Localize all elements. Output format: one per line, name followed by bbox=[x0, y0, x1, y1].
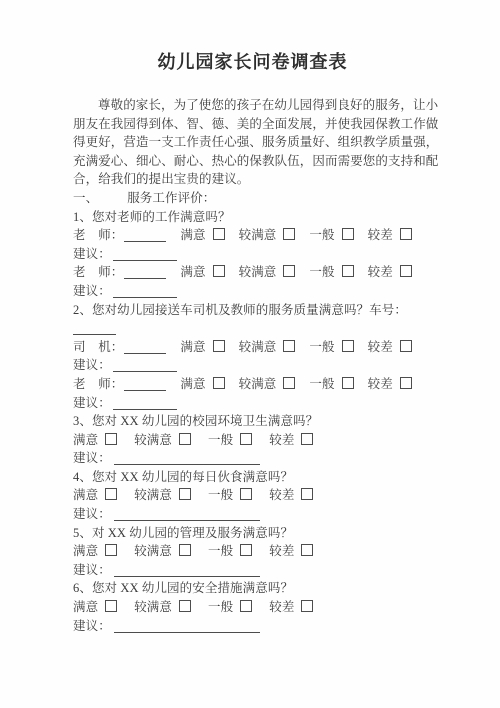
checkbox-satisfied[interactable] bbox=[213, 265, 225, 277]
question-6: 6、您对 XX 幼儿园的安全措施满意吗？ bbox=[73, 579, 432, 598]
subject-row: 老 师：满意较满意一般较差 bbox=[73, 263, 432, 282]
section-title: 服务工作评价： bbox=[127, 191, 215, 205]
question-text: 对 XX 幼儿园的管理及服务满意吗？ bbox=[92, 526, 293, 540]
question-2: 2、您对幼儿园接送车司机及教师的服务质量满意吗？车号： bbox=[73, 301, 432, 320]
subject-row: 司 机：满意较满意一般较差 bbox=[73, 338, 432, 357]
checkbox-poor[interactable] bbox=[400, 377, 412, 389]
option-average: 一般 bbox=[208, 486, 252, 505]
option-fairly-satisfied: 较满意 bbox=[239, 338, 296, 357]
option-label-fairly-satisfied: 较满意 bbox=[239, 340, 277, 354]
option-label-fairly-satisfied: 较满意 bbox=[134, 488, 172, 502]
options-row: 满意较满意一般较差 bbox=[73, 486, 432, 505]
question-4: 4、您对 XX 幼儿园的每日伙食满意吗？ bbox=[73, 468, 432, 487]
suggestion-row: 建议： bbox=[73, 282, 432, 301]
checkbox-average[interactable] bbox=[240, 600, 252, 612]
suggestion-row: 建议： bbox=[73, 561, 432, 580]
checkbox-poor[interactable] bbox=[301, 488, 313, 500]
option-fairly-satisfied: 较满意 bbox=[134, 486, 191, 505]
question-5: 5、对 XX 幼儿园的管理及服务满意吗？ bbox=[73, 524, 432, 543]
subject-label: 司 机： bbox=[73, 340, 123, 354]
suggestion-blank[interactable] bbox=[113, 359, 177, 372]
option-label-poor: 较差 bbox=[269, 433, 294, 447]
option-average: 一般 bbox=[208, 431, 252, 450]
question-number: 4、 bbox=[73, 470, 92, 484]
options-row: 满意较满意一般较差 bbox=[73, 431, 432, 450]
option-label-satisfied: 满意 bbox=[73, 544, 98, 558]
option-label-satisfied: 满意 bbox=[180, 265, 205, 279]
option-label-satisfied: 满意 bbox=[180, 377, 205, 391]
suggestion-label: 建议： bbox=[73, 396, 111, 410]
option-label-average: 一般 bbox=[208, 488, 233, 502]
option-satisfied: 满意 bbox=[73, 431, 117, 450]
questionnaire-page: 幼儿园家长问卷调查表 尊敬的家长，为了使您的孩子在幼儿园得到良好的服务，让小 朋… bbox=[0, 0, 500, 708]
suggestion-blank[interactable] bbox=[114, 620, 260, 633]
checkbox-fairly-satisfied[interactable] bbox=[179, 488, 191, 500]
option-fairly-satisfied: 较满意 bbox=[239, 226, 296, 245]
options-row: 满意较满意一般较差 bbox=[73, 598, 432, 617]
checkbox-poor[interactable] bbox=[400, 340, 412, 352]
suggestion-label: 建议： bbox=[73, 247, 111, 261]
option-label-average: 一般 bbox=[208, 600, 233, 614]
option-satisfied: 满意 bbox=[73, 486, 117, 505]
option-label-satisfied: 满意 bbox=[73, 488, 98, 502]
subject-name-blank[interactable] bbox=[124, 229, 166, 242]
checkbox-fairly-satisfied[interactable] bbox=[179, 433, 191, 445]
option-label-average: 一般 bbox=[309, 265, 334, 279]
option-average: 一般 bbox=[309, 338, 353, 357]
suggestion-label: 建议： bbox=[73, 507, 111, 521]
option-poor: 较差 bbox=[269, 486, 313, 505]
checkbox-satisfied[interactable] bbox=[105, 433, 117, 445]
subject-name-blank[interactable] bbox=[124, 266, 166, 279]
suggestion-label: 建议： bbox=[73, 451, 111, 465]
intro-line: 尊敬的家长，为了使您的孩子在幼儿园得到良好的服务，让小 bbox=[73, 96, 432, 115]
option-label-satisfied: 满意 bbox=[180, 228, 205, 242]
checkbox-satisfied[interactable] bbox=[213, 340, 225, 352]
option-poor: 较差 bbox=[368, 338, 412, 357]
checkbox-satisfied[interactable] bbox=[213, 377, 225, 389]
suggestion-row: 建议： bbox=[73, 505, 432, 524]
option-fairly-satisfied: 较满意 bbox=[239, 375, 296, 394]
suggestion-blank[interactable] bbox=[114, 508, 260, 521]
subject-name-blank[interactable] bbox=[124, 341, 166, 354]
option-label-poor: 较差 bbox=[368, 340, 393, 354]
document-content: 幼儿园家长问卷调查表 尊敬的家长，为了使您的孩子在幼儿园得到良好的服务，让小 朋… bbox=[0, 0, 500, 635]
subject-label: 老 师： bbox=[73, 377, 123, 391]
checkbox-average[interactable] bbox=[240, 544, 252, 556]
suggestion-label: 建议： bbox=[73, 619, 111, 633]
question-text: 您对幼儿园接送车司机及教师的服务质量满意吗？车号： bbox=[92, 303, 407, 317]
car-number-line bbox=[73, 319, 432, 338]
option-label-poor: 较差 bbox=[368, 265, 393, 279]
subject-name-blank[interactable] bbox=[124, 378, 166, 391]
option-label-satisfied: 满意 bbox=[180, 340, 205, 354]
question-text: 您对 XX 幼儿园的校园环境卫生满意吗？ bbox=[92, 414, 318, 428]
checkbox-fairly-satisfied[interactable] bbox=[283, 377, 295, 389]
checkbox-average[interactable] bbox=[342, 228, 354, 240]
suggestion-row: 建议： bbox=[73, 617, 432, 636]
question-number: 3、 bbox=[73, 414, 92, 428]
option-average: 一般 bbox=[208, 598, 252, 617]
option-label-fairly-satisfied: 较满意 bbox=[239, 265, 277, 279]
option-poor: 较差 bbox=[368, 226, 412, 245]
option-average: 一般 bbox=[208, 542, 252, 561]
suggestion-row: 建议： bbox=[73, 245, 432, 264]
option-poor: 较差 bbox=[368, 375, 412, 394]
option-label-average: 一般 bbox=[309, 377, 334, 391]
suggestion-blank[interactable] bbox=[113, 248, 177, 261]
option-average: 一般 bbox=[309, 226, 353, 245]
option-label-poor: 较差 bbox=[269, 488, 294, 502]
option-label-poor: 较差 bbox=[368, 377, 393, 391]
option-poor: 较差 bbox=[269, 598, 313, 617]
checkbox-average[interactable] bbox=[342, 377, 354, 389]
option-label-fairly-satisfied: 较满意 bbox=[239, 377, 277, 391]
option-label-poor: 较差 bbox=[368, 228, 393, 242]
intro-line: 充满爱心、细心、耐心、热心的保教队伍，因而需要您的支持和配 bbox=[73, 152, 432, 171]
checkbox-poor[interactable] bbox=[301, 600, 313, 612]
option-label-average: 一般 bbox=[309, 340, 334, 354]
question-text: 您对 XX 幼儿园的每日伙食满意吗？ bbox=[92, 470, 293, 484]
car-number-blank[interactable] bbox=[73, 322, 116, 335]
checkbox-fairly-satisfied[interactable] bbox=[179, 600, 191, 612]
checkbox-average[interactable] bbox=[240, 488, 252, 500]
option-satisfied: 满意 bbox=[73, 542, 117, 561]
options-row: 满意较满意一般较差 bbox=[73, 542, 432, 561]
checkbox-satisfied[interactable] bbox=[213, 228, 225, 240]
option-label-fairly-satisfied: 较满意 bbox=[134, 600, 172, 614]
questions: 1、您对老师的工作满意吗？老 师：满意较满意一般较差建议：老 师：满意较满意一般… bbox=[73, 208, 432, 636]
section-heading: 一、服务工作评价： bbox=[73, 189, 432, 208]
intro-line: 得更好，营造一支工作责任心强、服务质量好、组织教学质量强， bbox=[73, 133, 432, 152]
checkbox-fairly-satisfied[interactable] bbox=[179, 544, 191, 556]
option-label-fairly-satisfied: 较满意 bbox=[239, 228, 277, 242]
option-fairly-satisfied: 较满意 bbox=[239, 263, 296, 282]
option-label-satisfied: 满意 bbox=[73, 433, 98, 447]
option-fairly-satisfied: 较满意 bbox=[134, 598, 191, 617]
question-number: 1、 bbox=[73, 210, 92, 224]
checkbox-satisfied[interactable] bbox=[105, 544, 117, 556]
option-average: 一般 bbox=[309, 263, 353, 282]
subject-label: 老 师： bbox=[73, 228, 123, 242]
suggestion-label: 建议： bbox=[73, 284, 111, 298]
option-average: 一般 bbox=[309, 375, 353, 394]
suggestion-row: 建议： bbox=[73, 394, 432, 413]
question-1: 1、您对老师的工作满意吗？ bbox=[73, 208, 432, 227]
section-number: 一、 bbox=[73, 191, 98, 205]
checkbox-poor[interactable] bbox=[400, 265, 412, 277]
suggestion-blank[interactable] bbox=[114, 452, 260, 465]
question-number: 5、 bbox=[73, 526, 92, 540]
option-label-average: 一般 bbox=[208, 433, 233, 447]
option-satisfied: 满意 bbox=[180, 263, 224, 282]
checkbox-fairly-satisfied[interactable] bbox=[283, 228, 295, 240]
question-text: 您对 XX 幼儿园的安全措施满意吗？ bbox=[92, 581, 293, 595]
intro-paragraph: 尊敬的家长，为了使您的孩子在幼儿园得到良好的服务，让小 朋友在我园得到体、智、德… bbox=[73, 96, 432, 189]
checkbox-satisfied[interactable] bbox=[105, 600, 117, 612]
option-label-average: 一般 bbox=[208, 544, 233, 558]
option-satisfied: 满意 bbox=[180, 338, 224, 357]
suggestion-label: 建议： bbox=[73, 563, 111, 577]
option-poor: 较差 bbox=[368, 263, 412, 282]
option-poor: 较差 bbox=[269, 542, 313, 561]
page-title: 幼儿园家长问卷调查表 bbox=[73, 50, 432, 74]
option-fairly-satisfied: 较满意 bbox=[134, 542, 191, 561]
option-label-poor: 较差 bbox=[269, 600, 294, 614]
suggestion-label: 建议： bbox=[73, 358, 111, 372]
checkbox-fairly-satisfied[interactable] bbox=[283, 340, 295, 352]
option-satisfied: 满意 bbox=[180, 226, 224, 245]
option-fairly-satisfied: 较满意 bbox=[134, 431, 191, 450]
subject-row: 老 师：满意较满意一般较差 bbox=[73, 226, 432, 245]
checkbox-satisfied[interactable] bbox=[105, 488, 117, 500]
suggestion-blank[interactable] bbox=[114, 564, 260, 577]
suggestion-row: 建议： bbox=[73, 356, 432, 375]
option-label-fairly-satisfied: 较满意 bbox=[134, 433, 172, 447]
checkbox-average[interactable] bbox=[240, 433, 252, 445]
question-number: 2、 bbox=[73, 303, 92, 317]
suggestion-row: 建议： bbox=[73, 449, 432, 468]
option-label-poor: 较差 bbox=[269, 544, 294, 558]
checkbox-average[interactable] bbox=[342, 340, 354, 352]
suggestion-blank[interactable] bbox=[113, 285, 177, 298]
checkbox-poor[interactable] bbox=[400, 228, 412, 240]
question-text: 您对老师的工作满意吗？ bbox=[92, 210, 231, 224]
option-satisfied: 满意 bbox=[73, 598, 117, 617]
question-number: 6、 bbox=[73, 581, 92, 595]
option-label-satisfied: 满意 bbox=[73, 600, 98, 614]
checkbox-poor[interactable] bbox=[301, 544, 313, 556]
checkbox-fairly-satisfied[interactable] bbox=[283, 265, 295, 277]
intro-line: 朋友在我园得到体、智、德、美的全面发展，并使我园保教工作做 bbox=[73, 115, 432, 134]
checkbox-poor[interactable] bbox=[301, 433, 313, 445]
option-satisfied: 满意 bbox=[180, 375, 224, 394]
checkbox-average[interactable] bbox=[342, 265, 354, 277]
option-poor: 较差 bbox=[269, 431, 313, 450]
suggestion-blank[interactable] bbox=[113, 397, 177, 410]
subject-label: 老 师： bbox=[73, 265, 123, 279]
question-3: 3、您对 XX 幼儿园的校园环境卫生满意吗？ bbox=[73, 412, 432, 431]
option-label-average: 一般 bbox=[309, 228, 334, 242]
subject-row: 老 师：满意较满意一般较差 bbox=[73, 375, 432, 394]
intro-line: 合，给我们的提出宝贵的建议。 bbox=[73, 170, 432, 189]
option-label-fairly-satisfied: 较满意 bbox=[134, 544, 172, 558]
